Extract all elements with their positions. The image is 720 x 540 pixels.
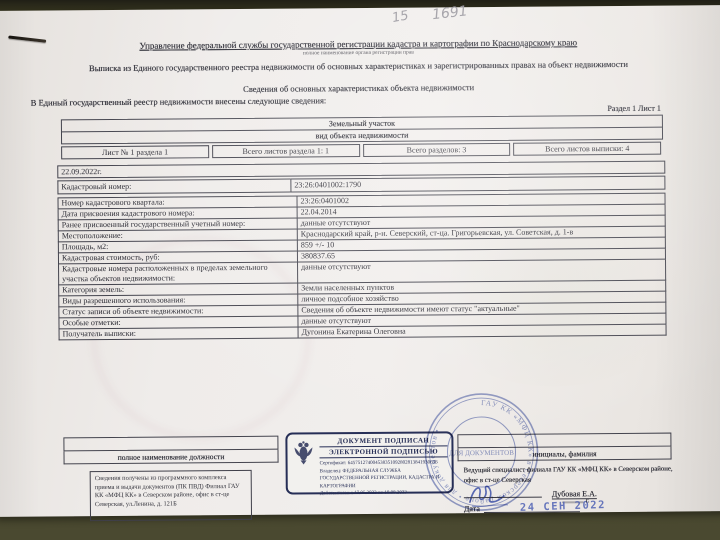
document-paper: Управление федеральной службы государств… <box>0 5 720 517</box>
handwritten-pencil-note-2: 1691 <box>431 3 468 23</box>
sheet-cell: Всего разделов: 3 <box>363 143 511 157</box>
position-caption-table: полное наименование должности <box>63 436 278 465</box>
signer-name: Дубовая Е.А. <box>552 489 597 499</box>
sheet-counters-row: Лист № 1 раздела 1 Всего листов раздела … <box>61 142 661 160</box>
sheet-cell: Лист № 1 раздела 1 <box>61 145 209 159</box>
round-office-stamp: ГАУ КК «МФЦ КК» в Северском районе • для… <box>421 391 542 519</box>
sheet-cell: Всего листов раздела 1: 1 <box>212 144 360 158</box>
cadastral-number-value: 23:26:0401002:1790 <box>290 176 665 193</box>
handwritten-pencil-note-1: 15 <box>391 8 410 26</box>
pkpvd-note-box: Сведения получены из программного компле… <box>90 470 252 521</box>
object-info-table: Номер кадастрового квартала:23:26:040100… <box>57 193 666 341</box>
rosreestr-eagle-icon <box>292 439 314 470</box>
round-stamp-center-text: ДЛЯ ДОКУМЕНТОВ <box>449 449 514 458</box>
section-sheet-label: Раздел 1 Лист 1 <box>607 104 660 113</box>
object-type-table: Земельный участок вид объекта недвижимос… <box>61 115 663 145</box>
document-subtitle: Сведения об основных характеристиках объ… <box>0 80 720 96</box>
cadastral-number-label: Кадастровый номер: <box>57 179 290 195</box>
document-title: Выписка из Единого государственного реес… <box>0 58 720 74</box>
date-suffix: г. <box>586 497 590 504</box>
photo-scene: Управление федеральной службы государств… <box>0 0 720 540</box>
position-caption: полное наименование должности <box>63 450 278 465</box>
cadastral-table: 22.09.2022г. Кадастровый номер: 23:26:04… <box>57 161 665 195</box>
sheet-cell: Всего листов выписки: 4 <box>513 142 661 156</box>
intro-line: В Единый государственный реестр недвижим… <box>31 95 327 107</box>
